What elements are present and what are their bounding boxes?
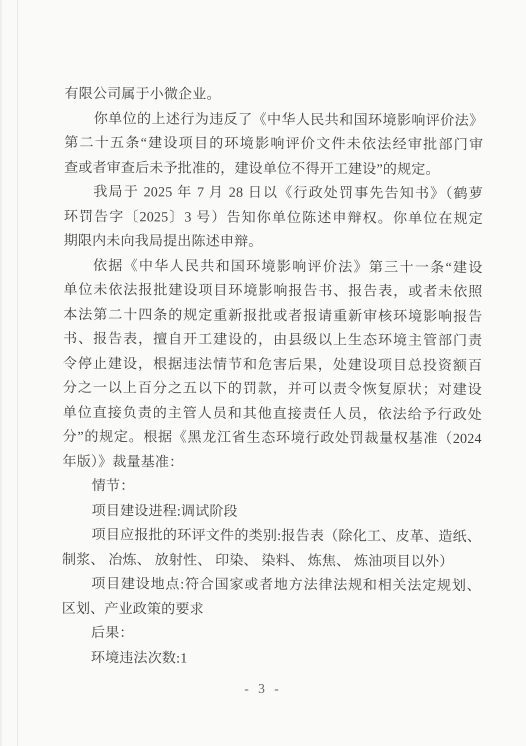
document-body-text: 有限公司属于小微企业。你单位的上述行为违反了《中华人民共和国环境影响评价法》第二…: [61, 83, 483, 673]
text-line: 查或者审查后未予批准的，建设单位不得开工建设”的规定。: [64, 156, 483, 183]
text-line: 期限内未向我局提出陈述申辩。: [64, 230, 483, 257]
text-line: 分”的规定。根据《黑龙江省生态环境行政处罚裁量权基准（2024: [63, 426, 482, 453]
text-line: 年版）》裁量基准：: [62, 450, 481, 477]
scan-edge-shadow: [0, 0, 3, 746]
scan-edge-line: [17, 0, 18, 746]
text-line: 令停止建设，根据违法情节和危害后果，处建设项目总投资额百: [63, 352, 482, 379]
text-line: 我局于 2025 年 7 月 28 日以《行政处罚事先告知书》（鹤萝: [64, 181, 483, 208]
text-line: 后果：: [62, 622, 481, 649]
text-line: 项目建设地点:符合国家或者地方法律法规和相关法定规划、: [62, 573, 481, 600]
text-line: 依据《中华人民共和国环境影响评价法》第三十一条“建设: [64, 254, 483, 281]
text-line: 第二十五条“建设项目的环境影响评价文件未依法经审批部门审: [64, 132, 483, 159]
text-line: 环境违法次数:1: [61, 646, 480, 673]
text-line: 本法第二十四条的规定重新报批或者报请重新审核环境影响报告: [63, 303, 482, 330]
text-line: 单位直接负责的主管人员和其他直接责任人员，依法给予行政处: [63, 401, 482, 428]
text-line: 项目应报批的环评文件的类别:报告表（除化工、皮革、造纸、: [62, 524, 481, 551]
text-line: 有限公司属于小微企业。: [64, 83, 483, 110]
text-line: 情节：: [62, 475, 481, 502]
text-line: 你单位的上述行为违反了《中华人民共和国环境影响评价法》: [64, 107, 483, 134]
text-line: 环罚告字〔2025〕3 号）告知你单位陈述申辩权。你单位在规定: [64, 205, 483, 232]
text-line: 项目建设进程:调试阶段: [62, 499, 481, 526]
scanned-document-page: 有限公司属于小微企业。你单位的上述行为违反了《中华人民共和国环境影响评价法》第二…: [0, 0, 526, 746]
text-line: 区划、产业政策的要求: [62, 597, 481, 624]
text-line: 分之一以上百分之五以下的罚款，并可以责令恢复原状；对建设: [63, 377, 482, 404]
text-line: 书、报告表，擅自开工建设的，由县级以上生态环境主管部门责: [63, 328, 482, 355]
text-line: 单位未依法报批建设项目环境影响报告书、报告表，或者未依照: [63, 279, 482, 306]
page-number: - 3 -: [0, 681, 526, 697]
text-line: 制浆、 冶炼、 放射性、 印染、 染料、 炼焦、 炼油项目以外）: [62, 548, 481, 575]
